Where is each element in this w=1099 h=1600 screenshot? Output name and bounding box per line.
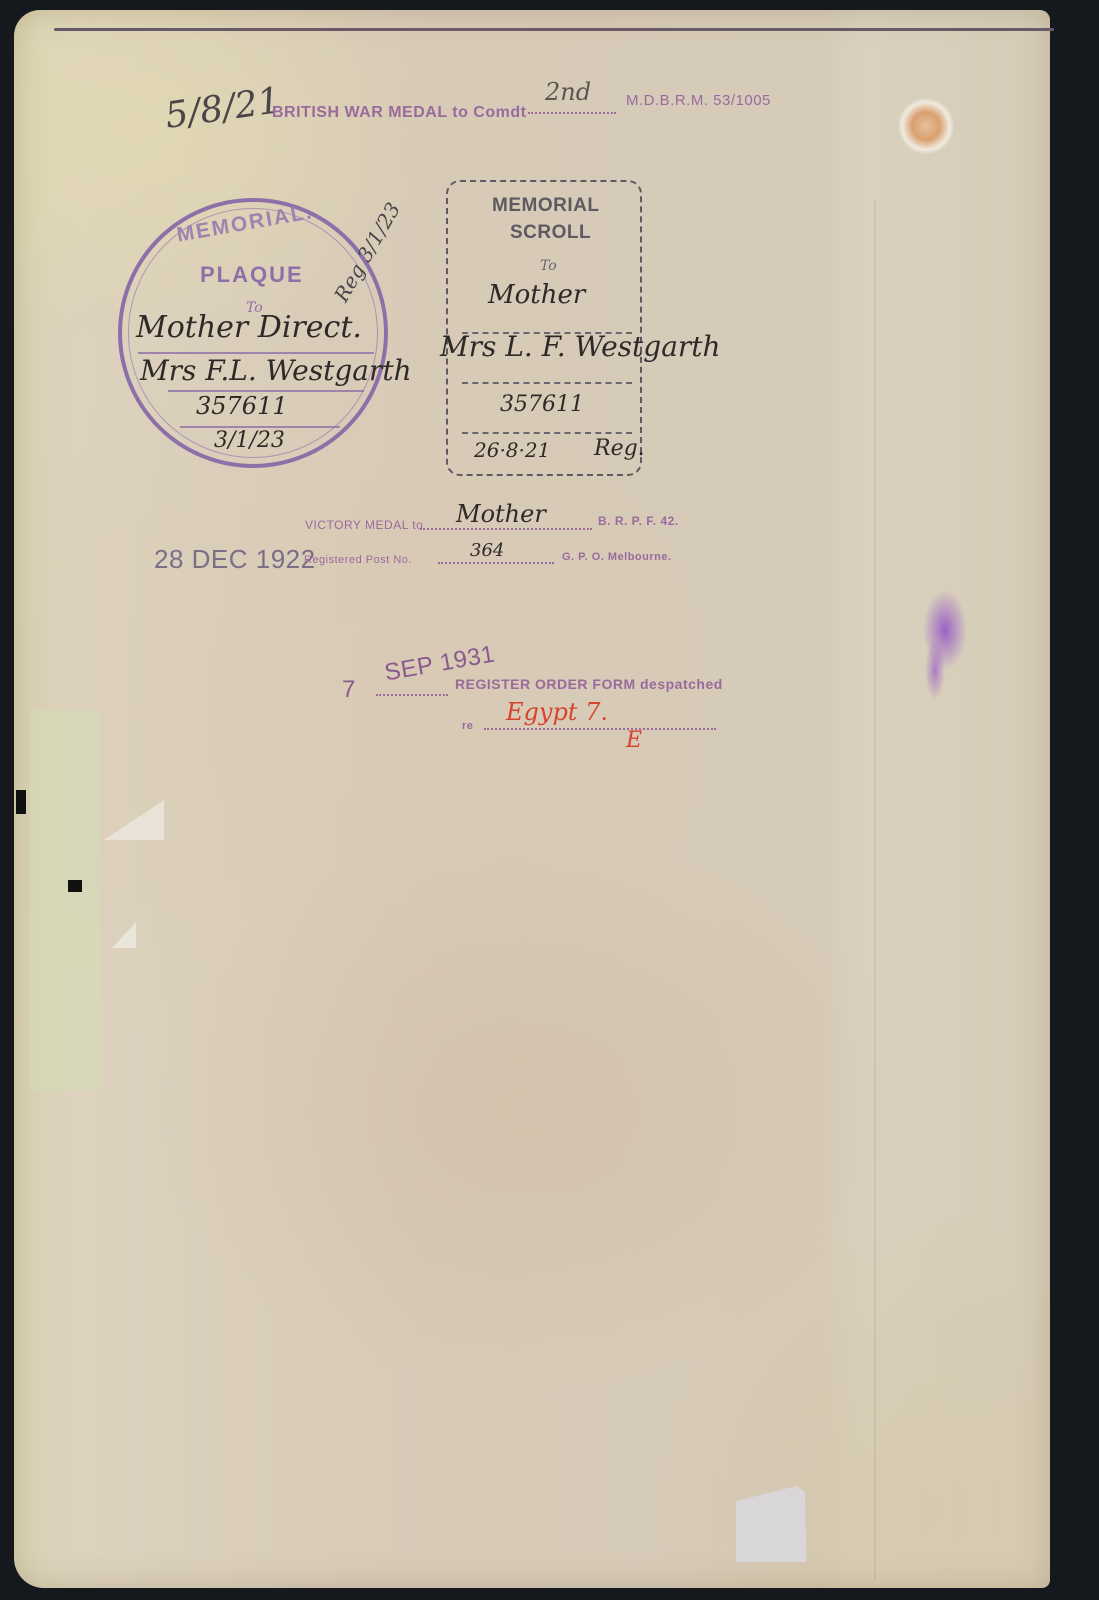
rof-handwritten-value: Egypt 7.: [506, 698, 608, 726]
victory-dotted-line: [420, 528, 592, 530]
victory-reference: B. R. P. F. 42.: [598, 514, 679, 528]
victory-medal-label: VICTORY MEDAL to: [305, 518, 423, 532]
rof-dotted-line: [376, 694, 448, 696]
rof-handwritten-initial: E: [626, 728, 642, 753]
plaque-date: 3/1/23: [214, 428, 285, 453]
scroll-title-line2: SCROLL: [510, 222, 591, 244]
rof-re-dotted-line: [484, 728, 716, 730]
ink-blot: [905, 560, 975, 700]
rof-re-label: re: [462, 720, 473, 732]
rof-date-day: 7: [342, 676, 356, 704]
bwm-dotted-line: [528, 112, 616, 114]
bwm-label: BRITISH WAR MEDAL to Comdt: [272, 104, 526, 122]
scroll-initials: Reg.: [594, 436, 645, 461]
scroll-to-label: To: [540, 258, 557, 274]
fold-line: [874, 200, 876, 1580]
repair-strip: [30, 710, 100, 1090]
paper-hole: [68, 880, 82, 892]
registered-post-date-stamp: 28 DEC 1922: [154, 544, 316, 575]
bwm-reference: M.D.B.R.M. 53/1005: [626, 92, 771, 109]
plaque-recipient: Mother Direct.: [136, 310, 362, 345]
plaque-name: Mrs F.L. Westgarth: [140, 354, 412, 387]
victory-handwritten-value: Mother: [456, 500, 546, 528]
scroll-rule: [462, 382, 632, 384]
scroll-title-line1: MEMORIAL: [492, 195, 599, 217]
registered-post-dotted-line: [438, 562, 554, 564]
scroll-recipient: Mother: [488, 280, 585, 310]
wax-seal-mark: [898, 98, 954, 154]
top-edge-rule: [54, 28, 1054, 31]
paper-hole: [16, 790, 26, 814]
rof-label: REGISTER ORDER FORM despatched: [455, 676, 723, 692]
scroll-rule: [462, 432, 632, 434]
registered-post-label: Registered Post No.: [304, 554, 412, 566]
scroll-date: 26·8·21: [474, 438, 550, 462]
registered-post-office: G. P. O. Melbourne.: [562, 551, 672, 563]
bwm-handwritten-value: 2nd: [545, 78, 591, 106]
plaque-title-middle: PLAQUE: [200, 262, 304, 288]
paper-tear: [104, 800, 164, 840]
scroll-name: Mrs L. F. Westgarth: [440, 330, 721, 363]
paper-tear: [112, 922, 136, 948]
plaque-number: 357611: [196, 392, 288, 420]
scroll-number: 357611: [500, 392, 584, 417]
registered-post-number: 364: [470, 540, 504, 561]
